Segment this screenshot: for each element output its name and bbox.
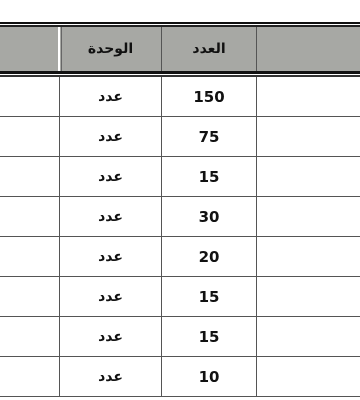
row-cell-unit: عدد <box>60 317 162 356</box>
row-cell-empty-right <box>257 317 360 356</box>
row-cell-unit: عدد <box>60 197 162 236</box>
row-cell-empty-left <box>0 77 60 116</box>
row-cell-empty-left <box>0 157 60 196</box>
row-cell-empty-left <box>0 317 60 356</box>
header-cell-empty-right <box>257 27 360 71</box>
row-cell-empty-left <box>0 117 60 156</box>
table-row: عدد 75 <box>0 117 360 157</box>
row-cell-empty-right <box>257 237 360 276</box>
row-cell-empty-left <box>0 237 60 276</box>
row-cell-count: 15 <box>162 317 257 356</box>
table-row: عدد 15 <box>0 277 360 317</box>
row-cell-empty-right <box>257 117 360 156</box>
row-cell-unit: عدد <box>60 157 162 196</box>
row-cell-empty-right <box>257 357 360 396</box>
header-cell-unit: الوحدة <box>60 27 162 71</box>
row-cell-empty-left <box>0 197 60 236</box>
row-cell-unit: عدد <box>60 237 162 276</box>
row-cell-count: 10 <box>162 357 257 396</box>
row-cell-count: 30 <box>162 197 257 236</box>
row-cell-empty-right <box>257 157 360 196</box>
table-row: عدد 15 <box>0 317 360 357</box>
row-cell-empty-right <box>257 77 360 116</box>
table-row: عدد 30 <box>0 197 360 237</box>
row-cell-count: 15 <box>162 157 257 196</box>
table-row: عدد 15 <box>0 157 360 197</box>
row-cell-unit: عدد <box>60 77 162 116</box>
row-cell-empty-right <box>257 197 360 236</box>
row-cell-count: 15 <box>162 277 257 316</box>
row-cell-count: 150 <box>162 77 257 116</box>
row-cell-empty-left <box>0 277 60 316</box>
row-cell-count: 20 <box>162 237 257 276</box>
row-cell-empty-left <box>0 357 60 396</box>
row-cell-unit: عدد <box>60 357 162 396</box>
table-row: عدد 20 <box>0 237 360 277</box>
table-row: عدد 10 <box>0 357 360 397</box>
row-cell-unit: عدد <box>60 117 162 156</box>
row-cell-unit: عدد <box>60 277 162 316</box>
table-row: عدد 150 <box>0 77 360 117</box>
header-cell-count: العدد <box>162 27 257 71</box>
row-cell-empty-right <box>257 277 360 316</box>
row-cell-count: 75 <box>162 117 257 156</box>
table-header-row: الوحدة العدد <box>0 27 360 71</box>
header-cell-empty-left <box>0 27 60 71</box>
items-table: الوحدة العدد عدد 150 عدد 75 عدد 15 عدد 3… <box>0 22 360 397</box>
